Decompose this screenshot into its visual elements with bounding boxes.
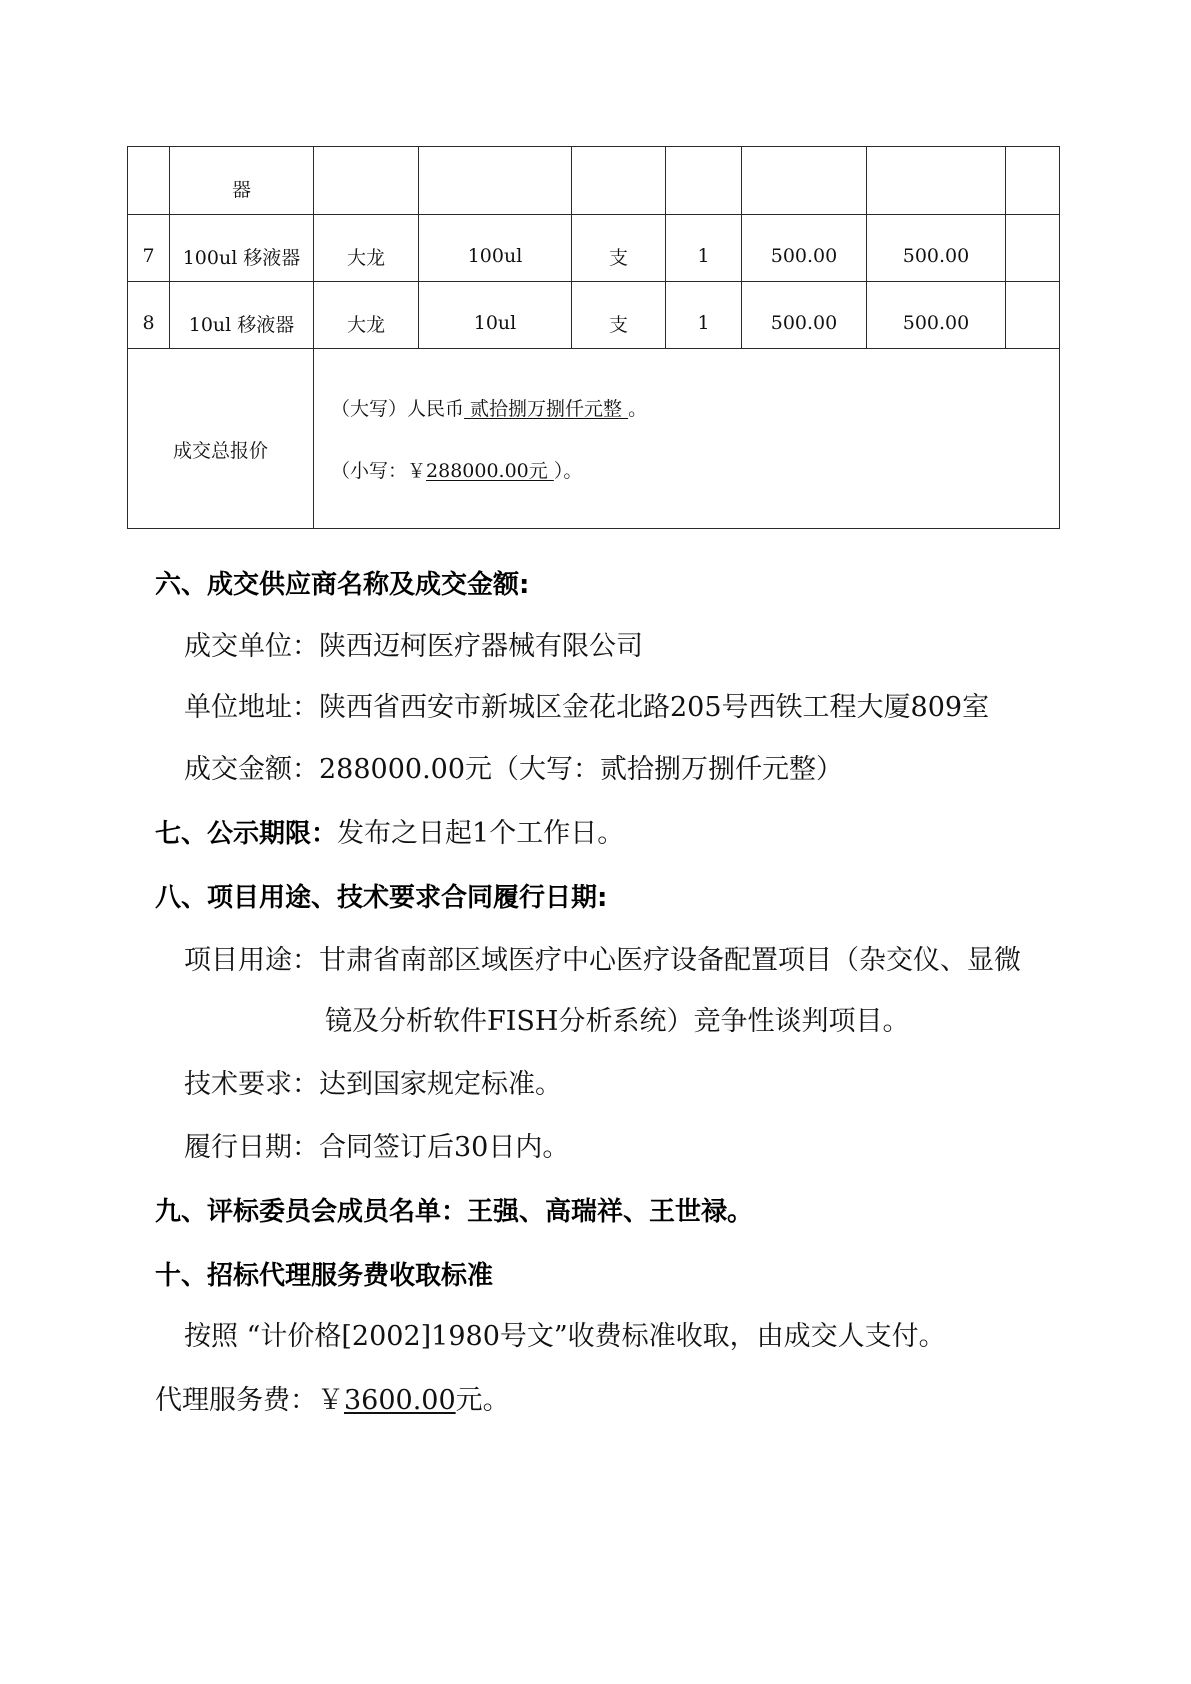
lowercase-prefix: （小写：￥ — [331, 460, 426, 482]
cell-spec — [419, 147, 572, 215]
cell-brand: 大龙 — [314, 282, 419, 349]
cell-unit-price: 500.00 — [742, 215, 867, 282]
cell-spec: 100ul — [419, 215, 572, 282]
items-table: 器 7 100ul 移液器 大龙 100ul 支 1 500.00 500.00… — [127, 146, 1060, 529]
section7-line: 七、公示期限：发布之日起1个工作日。 — [155, 816, 624, 852]
cell-remark — [1006, 215, 1060, 282]
deal-amount-line: 成交金额：288000.00元（大写：贰拾捌万捌仟元整） — [184, 752, 843, 788]
cell-total: 500.00 — [867, 215, 1006, 282]
cell-name: 100ul 移液器 — [170, 215, 314, 282]
project-usage-line: 项目用途：甘肃省南部区域医疗中心医疗设备配置项目（杂交仪、显微 — [184, 943, 1021, 979]
date-label: 履行日期： — [184, 1132, 319, 1163]
total-price-lowercase: （小写：￥288000.00元 ）。 — [331, 453, 582, 489]
cell-name: 10ul 移液器 — [170, 282, 314, 349]
cell-unit: 支 — [572, 282, 666, 349]
summary-row: 成交总报价 （大写）人民币 贰拾捌万捌仟元整 。 （小写：￥288000.00元… — [128, 349, 1060, 529]
cell-unit-price: 500.00 — [742, 282, 867, 349]
supplier-address-line: 单位地址：陕西省西安市新城区金花北路205号西铁工程大厦809室 — [184, 690, 989, 726]
cell-remark — [1006, 282, 1060, 349]
cell-remark — [1006, 147, 1060, 215]
uppercase-amount: 贰拾捌万捌仟元整 — [464, 398, 628, 420]
section9-heading: 九、评标委员会成员名单：王强、高瑞祥、王世禄。 — [155, 1194, 753, 1230]
address-label: 单位地址： — [184, 692, 319, 723]
usage-label: 项目用途： — [184, 945, 319, 976]
usage-value: 甘肃省南部区域医疗中心医疗设备配置项目（杂交仪、显微 — [319, 945, 1021, 976]
cell-total — [867, 147, 1006, 215]
supplier-label: 成交单位： — [184, 631, 319, 662]
uppercase-suffix: 。 — [628, 398, 647, 420]
cell-unit-price — [742, 147, 867, 215]
winning-supplier-line: 成交单位：陕西迈柯医疗器械有限公司 — [184, 629, 643, 665]
fee-prefix: 代理服务费：￥ — [155, 1385, 344, 1416]
document-page: 器 7 100ul 移液器 大龙 100ul 支 1 500.00 500.00… — [0, 0, 1191, 1684]
table-row: 8 10ul 移液器 大龙 10ul 支 1 500.00 500.00 — [128, 282, 1060, 349]
lowercase-amount: 288000.00元 — [426, 460, 554, 482]
cell-qty: 1 — [666, 215, 742, 282]
project-usage-continuation: 镜及分析软件FISH分析系统）竞争性谈判项目。 — [325, 1004, 909, 1040]
cell-spec: 10ul — [419, 282, 572, 349]
fee-amount: 3600.00 — [344, 1385, 456, 1416]
uppercase-prefix: （大写）人民币 — [331, 398, 464, 420]
total-price-label: 成交总报价 — [128, 349, 314, 529]
fee-suffix: 元。 — [456, 1385, 510, 1416]
cell-no: 8 — [128, 282, 170, 349]
tech-value: 达到国家规定标准。 — [319, 1069, 562, 1100]
cell-unit — [572, 147, 666, 215]
cell-brand — [314, 147, 419, 215]
cell-total: 500.00 — [867, 282, 1006, 349]
supplier-value: 陕西迈柯医疗器械有限公司 — [319, 631, 643, 662]
amount-label: 成交金额： — [184, 754, 319, 785]
total-price-uppercase: （大写）人民币 贰拾捌万捌仟元整 。 — [331, 391, 647, 427]
table-row: 器 — [128, 147, 1060, 215]
cell-no: 7 — [128, 215, 170, 282]
cell-qty — [666, 147, 742, 215]
cell-unit: 支 — [572, 215, 666, 282]
section6-heading: 六、成交供应商名称及成交金额: — [155, 567, 529, 603]
section10-heading: 十、招标代理服务费收取标准 — [155, 1258, 493, 1294]
agency-fee-line: 代理服务费：￥3600.00元。 — [155, 1383, 510, 1419]
date-value: 合同签订后30日内。 — [319, 1132, 569, 1163]
cell-qty: 1 — [666, 282, 742, 349]
total-price-cell: （大写）人民币 贰拾捌万捌仟元整 。 （小写：￥288000.00元 ）。 — [314, 349, 1060, 529]
cell-name: 器 — [170, 147, 314, 215]
address-value: 陕西省西安市新城区金花北路205号西铁工程大厦809室 — [319, 692, 989, 723]
section8-heading: 八、项目用途、技术要求合同履行日期: — [155, 880, 607, 916]
performance-date-line: 履行日期：合同签订后30日内。 — [184, 1130, 569, 1166]
tech-label: 技术要求： — [184, 1069, 319, 1100]
publicity-period-value: 发布之日起1个工作日。 — [337, 818, 624, 849]
cell-no — [128, 147, 170, 215]
tech-requirement-line: 技术要求：达到国家规定标准。 — [184, 1067, 562, 1103]
lowercase-suffix: ）。 — [554, 460, 583, 482]
cell-brand: 大龙 — [314, 215, 419, 282]
table-row: 7 100ul 移液器 大龙 100ul 支 1 500.00 500.00 — [128, 215, 1060, 282]
amount-value: 288000.00元（大写：贰拾捌万捌仟元整） — [319, 754, 843, 785]
section7-heading: 七、公示期限： — [155, 819, 337, 849]
fee-standard-text: 按照 “计价格[2002]1980号文”收费标准收取，由成交人支付。 — [184, 1319, 946, 1355]
